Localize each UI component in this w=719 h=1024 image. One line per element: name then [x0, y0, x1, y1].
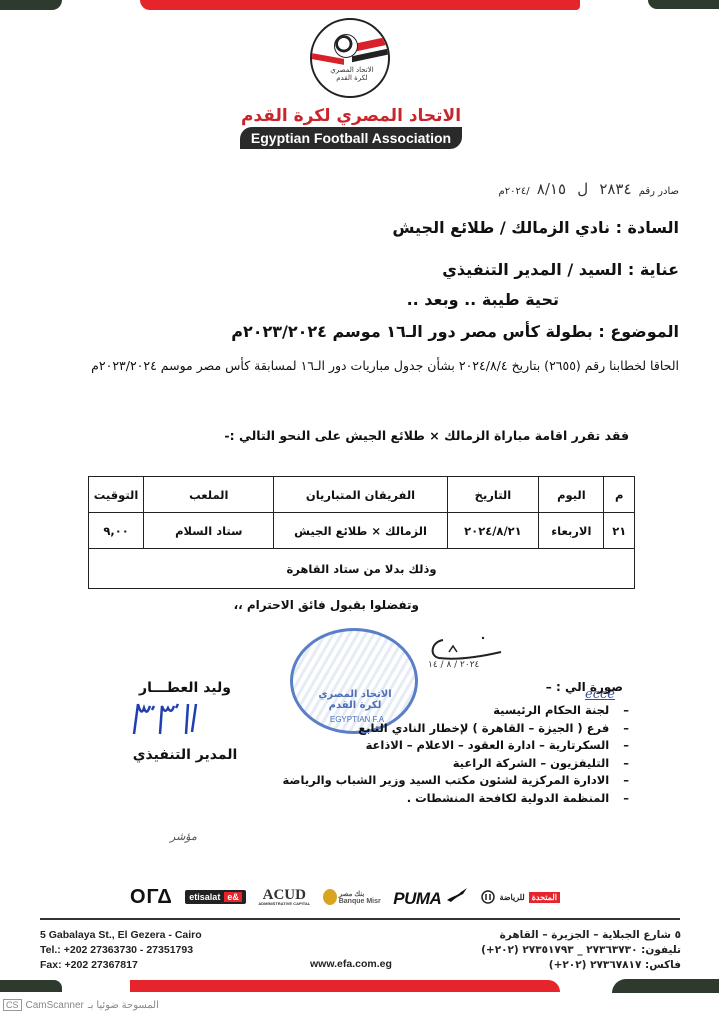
reference-line: صادر رقم ٢٨٣٤ ل ٨/١٥ /٢٠٢٤م	[499, 180, 679, 198]
reference-label: صادر رقم	[639, 186, 679, 197]
table-row: ٢١ الاربعاء ٢٠٢٤/٨/٢١ الزمالك × طلائع ال…	[89, 513, 635, 549]
united-emblem-icon	[481, 890, 495, 904]
efa-logo-icon: الاتحاد المصري لكرة القدم	[310, 18, 390, 98]
signatory-name: وليد العطـــار	[120, 680, 250, 696]
cell-teams: الزمالك × طلائع الجيش	[274, 513, 447, 549]
footer-band-dark-left	[0, 980, 62, 992]
logo-inner-text: الاتحاد المصري لكرة القدم	[326, 66, 378, 82]
header-band-dark-left	[0, 0, 62, 10]
footer-band-red	[130, 980, 560, 992]
list-item: لجنة الحكام الرئيسية	[282, 702, 629, 720]
cell-no: ٢١	[604, 513, 635, 549]
header-band-dark-right	[648, 0, 719, 9]
reference-year: /٢٠٢٤م	[499, 186, 530, 197]
footer-website-link[interactable]: www.efa.com.eg	[310, 958, 392, 970]
col-header-no: م	[604, 477, 635, 513]
cell-date: ٢٠٢٤/٨/٢١	[447, 513, 539, 549]
cell-day: الاربعاء	[539, 513, 604, 549]
recipient-line: السادة : نادي الزمالك / طلائع الجيش	[392, 218, 679, 237]
list-item: السكرتارية – ادارة العقود – الاعلام – ال…	[282, 737, 629, 755]
reference-number: ٢٨٣٤	[599, 180, 631, 198]
sponsors-bar: OΓΔ etisalate& ACUD ADMINISTRATIVE CAPIT…	[130, 882, 560, 912]
camscanner-watermark: CS CamScanner المسوحة ضوئيا بـ	[3, 999, 159, 1011]
header-band-red	[140, 0, 580, 10]
banque-misr-logo: بنك مصر Banque Misr	[323, 889, 381, 905]
col-header-teams: الفريقان المتباريان	[274, 477, 447, 513]
list-item: الادارة المركزية لشئون مكتب السيد وزير ا…	[282, 772, 629, 790]
copies-list: لجنة الحكام الرئيسية فرع ( الجيزة – القا…	[282, 702, 629, 807]
footer-address-ar: ٥ شارع الجبلاية – الجزيرة – القاهرة تليف…	[481, 928, 681, 973]
camscanner-icon: CS	[3, 999, 22, 1011]
reference-date: ٨/١٥	[537, 180, 566, 198]
handwritten-note: مؤشر	[170, 830, 197, 843]
ora-logo: OΓΔ	[130, 886, 173, 909]
body-paragraph-1: الحاقا لخطابنا رقم (٢٦٥٥) بتاريخ ٢٠٢٤/٨/…	[39, 354, 679, 378]
banque-misr-emblem-icon	[323, 889, 337, 905]
list-item: التليفزيون – الشركة الراعية	[282, 755, 629, 773]
body-paragraph-2: فقد تقرر اقامة مباراة الزمالك × طلائع ال…	[224, 424, 629, 448]
table-header-row: م اليوم التاريخ الفريقان المتباريان المل…	[89, 477, 635, 513]
match-schedule-table: م اليوم التاريخ الفريقان المتباريان المل…	[88, 476, 635, 589]
org-name-ar: الاتحاد المصري لكرة القدم	[240, 106, 462, 126]
etisalat-logo: etisalate&	[185, 890, 246, 904]
table-note-row: وذلك بدلا من ستاد القاهرة	[89, 549, 635, 589]
signature-mid-date: ٢٠٢٤ / ٨ / ١٤	[428, 660, 479, 670]
signatory-title: المدير التنفيذي	[120, 747, 250, 763]
greeting: تحية طيبة .. وبعد ..	[407, 290, 559, 309]
org-name-en: Egyptian Football Association	[240, 127, 462, 149]
football-icon	[334, 34, 358, 58]
copies-heading: صورة الي : –	[546, 680, 623, 694]
footer-address-en: 5 Gabalaya St., El Gezera - Cairo Tel.: …	[40, 928, 202, 973]
footer-band-dark-right	[612, 979, 719, 993]
col-header-day: اليوم	[539, 477, 604, 513]
acud-logo: ACUD ADMINISTRATIVE CAPITAL	[258, 889, 310, 906]
col-header-date: التاريخ	[447, 477, 539, 513]
united-sports-logo: المتحدة للرياضة	[481, 890, 560, 904]
list-item: المنظمة الدولية لكافحة المنشطات .	[282, 790, 629, 808]
signature-blue-icon	[130, 700, 210, 738]
col-header-stadium: الملعب	[144, 477, 274, 513]
reference-sep: ل	[577, 180, 588, 198]
footer-divider	[40, 918, 680, 920]
subject-line: الموضوع : بطولة كأس مصر دور الـ١٦ موسم ٢…	[231, 322, 679, 341]
attention-line: عناية : السيد / المدير التنفيذي	[442, 260, 679, 279]
cell-time: ٩,٠٠	[89, 513, 144, 549]
col-header-time: التوقيت	[89, 477, 144, 513]
puma-logo: PUMA	[393, 886, 469, 909]
puma-cat-icon	[445, 886, 469, 904]
cell-stadium: ستاد السلام	[144, 513, 274, 549]
list-item: فرع ( الجيزة – القاهرة ) لإخطار النادي ا…	[282, 720, 629, 738]
closing-line: وتفضلوا بقبول فائق الاحترام ،،	[234, 598, 419, 612]
table-note: وذلك بدلا من ستاد القاهرة	[89, 549, 635, 589]
